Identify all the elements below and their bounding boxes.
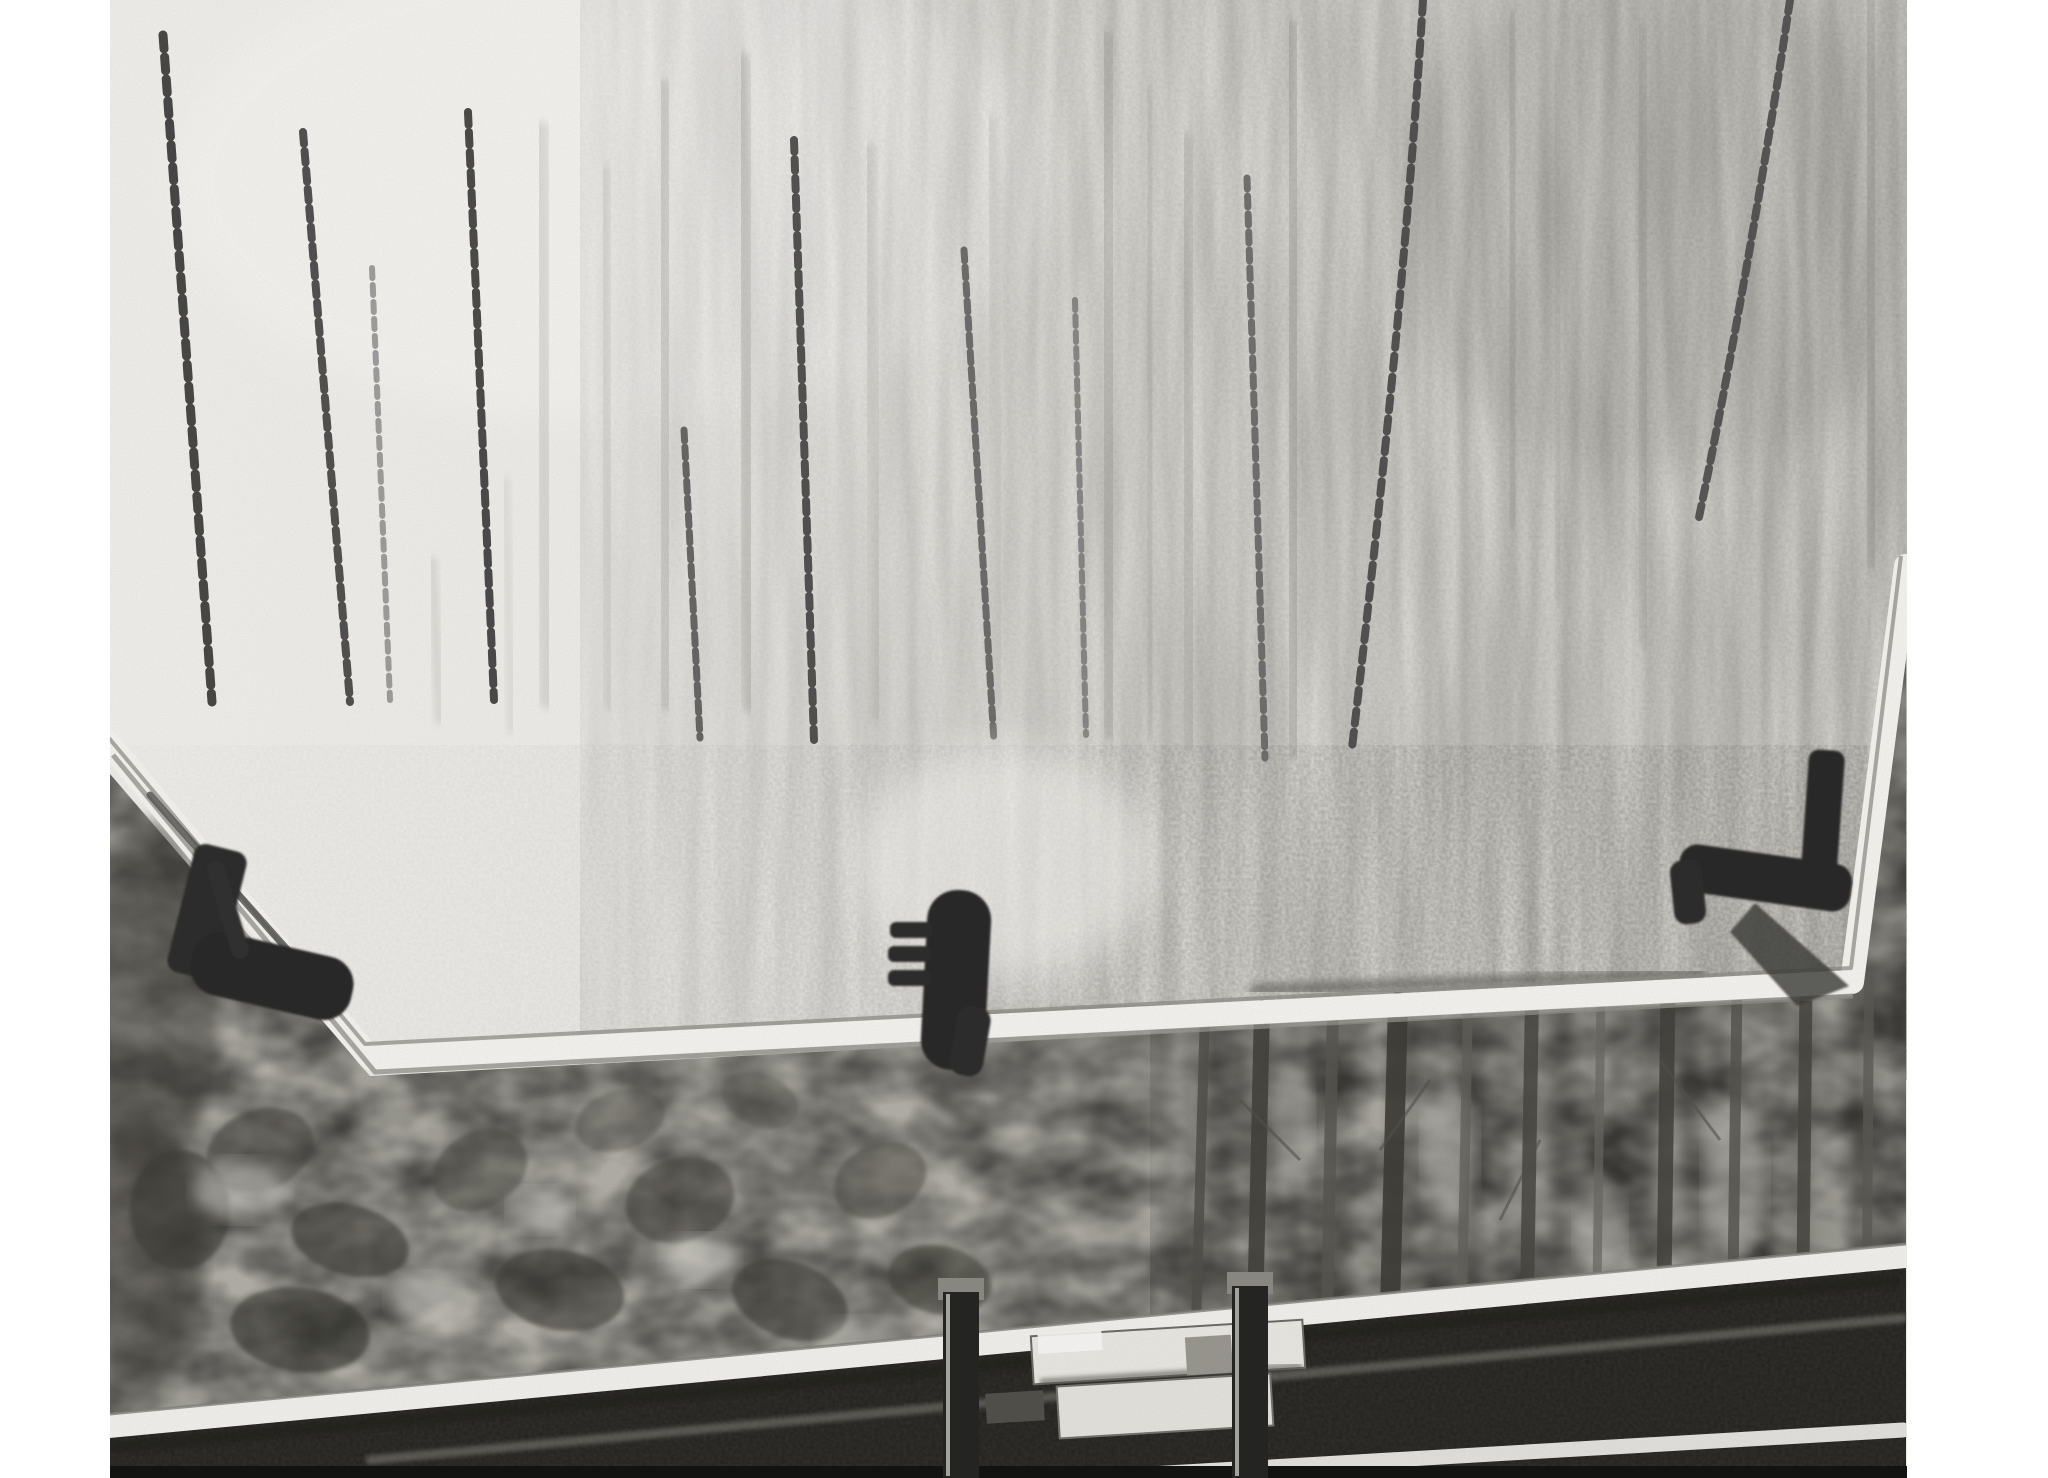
graphite-drawing bbox=[0, 0, 2048, 1478]
paper-grain bbox=[110, 0, 1907, 1478]
drawing-layers bbox=[80, 0, 1930, 1478]
global-grain bbox=[110, 0, 1907, 1478]
scanned-drawing-page bbox=[0, 0, 2048, 1478]
